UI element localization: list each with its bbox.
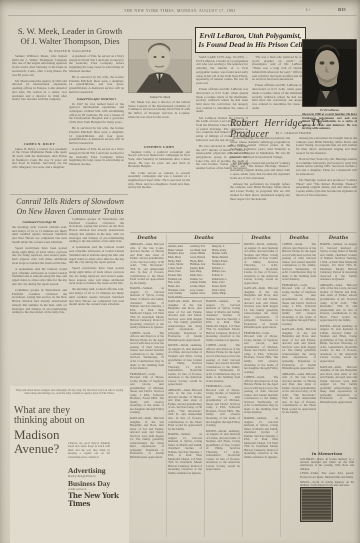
conrail-column-2: Commuter groups in Westchester and Fairf… — [69, 218, 124, 385]
herridge-column-1: Robert Herridge, the television producer… — [230, 137, 290, 230]
death-notice: ROSEN—David, suddenly, on August 15, dea… — [168, 344, 202, 386]
death-notice: BAKER—Samuel, on August 15, beloved husb… — [206, 300, 240, 342]
death-notices: ROSEN—David, suddenly, on August 15, dea… — [244, 243, 278, 537]
meek-byline: By WALTER H. WAGGONER — [12, 49, 128, 53]
herridge-paragraph: Mr. Herridge created and produced “Camer… — [296, 179, 357, 198]
lebaron-paragraph: SALT LAKE CITY, Aug. 16 (UPI) — Ervil Le… — [196, 56, 248, 86]
meek-headline: S. W. Meek, Leader in Growth Of J. Walte… — [12, 26, 128, 46]
death-notice: BAKER—Samuel, on August 15, beloved husb… — [168, 433, 202, 475]
death-notice: ROSEN—David, suddenly, on August 15, dea… — [320, 325, 357, 364]
deaths-column-3: BAKER—Samuel, on August 15, beloved husb… — [206, 300, 240, 537]
deaths-column-6: Deaths BAKER—Samuel, on August 15, belov… — [320, 236, 357, 447]
deaths-index-column: Margolis, T. Marks, Irving Mendel, Sadie… — [212, 245, 230, 296]
classified-ad-box — [300, 487, 333, 522]
herridge-paragraph: Robert Herridge, the television producer… — [230, 137, 290, 159]
death-notice: COHEN—Sarah. The officers and directors … — [282, 243, 316, 282]
meek-photo — [128, 39, 192, 93]
death-notice: BAKER—Samuel, on August 15, beloved husb… — [244, 417, 278, 459]
deaths-header: Deaths — [282, 236, 316, 241]
death-notice: FRIEDMAN—Celia. Devoted wife of Meyer, l… — [282, 284, 316, 326]
deaths-header: Deaths — [244, 236, 278, 241]
riley-paragraph: James N. Riley, a retired vice president… — [12, 148, 67, 170]
ad-note-text: They talk about ideas, budgets and campa… — [14, 389, 125, 396]
death-notice: BAKER—Samuel, on August 15, beloved husb… — [320, 243, 357, 282]
death-notice: KAPLAN—Ruth. Beloved daughter of the lat… — [130, 417, 164, 459]
conrail-continued-line: Continued From Page B1 — [12, 220, 67, 224]
deaths-index-column: Goldberg, Eva Goodman, Saul Green, Minni… — [190, 245, 208, 296]
ad-business-day-label: Business Day — [68, 479, 110, 488]
lebaron-headline-line2: Is Found Dead in His Prison Cell — [196, 40, 305, 49]
meek-headline-line1: S. W. Meek, Leader in Growth — [12, 26, 128, 36]
meek-column-1: Samuel Williston Meek, who helped build … — [12, 55, 67, 140]
herridge-paragraph: Born in New York City, Mr. Herridge stud… — [296, 158, 357, 177]
conrail-headline: Conrail Tells Riders of Slowdown On New … — [12, 197, 128, 216]
deaths-column-rule — [280, 234, 281, 537]
lebaron-paragraph: Prison officials said Mr. LeBaron was di… — [252, 84, 304, 110]
ad-advertising-subtext: Monday through Friday in — [68, 475, 95, 478]
death-notice: BAKER—Samuel, on August 15, beloved husb… — [130, 287, 164, 329]
deaths-header: Deaths — [130, 236, 164, 241]
meek-column-2-top: A graduate of Yale, he served as a Navy … — [69, 55, 124, 95]
meek-crosshead: Joined Firm After World War I — [69, 97, 124, 101]
conrail-headline-line2: On New Haven Commuter Trains — [12, 207, 128, 217]
death-notice: COHEN—Sarah. The officers and directors … — [130, 332, 164, 371]
conrail-paragraph: Commuter groups in Westchester and Fairf… — [69, 218, 124, 244]
ad-nyt-logo: The New York Times — [68, 492, 119, 507]
lebaron-paragraph: Prison officials said Mr. LeBaron was di… — [196, 88, 248, 114]
lebaron-photo — [302, 39, 357, 107]
deaths-column-rule — [204, 297, 205, 537]
meek-paragraph: He is survived by his wife, the former P… — [69, 76, 124, 95]
death-notice: ABRAMS—Anna. Beloved wife of the late Lo… — [168, 389, 202, 431]
death-notice: ABRAMS—Anna. Beloved wife of the late Lo… — [130, 243, 164, 285]
lebaron-photo-caption-name: Ervil LeBaron — [302, 108, 357, 112]
herridge-column-2: Among the performers he brought before t… — [296, 137, 357, 230]
death-notice: KAPLAN—Ruth. Beloved daughter of the lat… — [320, 366, 357, 405]
conrail-paragraph: Speed restrictions have been posted alon… — [12, 247, 67, 266]
death-notice: FRIEDMAN—Celia. Devoted wife of Meyer, l… — [244, 332, 278, 374]
conrail-paragraph: Commuter groups in Westchester and Fairf… — [12, 289, 67, 315]
ad-side-text: Chances are good they're thinking about … — [68, 442, 110, 459]
herridge-paragraph: Among the performers he brought before t… — [230, 183, 290, 202]
death-notice: FRIEDMAN—Celia. Devoted wife of Meyer, l… — [206, 385, 240, 427]
conrail-top-rule — [10, 194, 128, 195]
riley-name-heading: JAMES N. RILEY — [12, 142, 67, 146]
herridge-paragraph: Mr. Herridge created and produced “Camer… — [230, 162, 290, 181]
deaths-header: Deaths — [168, 236, 240, 241]
death-notice: FRIEDMAN—Celia. Devoted wife of Meyer, l… — [130, 373, 164, 415]
ad-headline-line2: thinking about on — [14, 416, 129, 427]
death-notices: ABRAMS—Anna. Beloved wife of the late Lo… — [130, 243, 164, 537]
conrail-headline-line1: Conrail Tells Riders of Slowdown — [12, 197, 128, 207]
death-notice: KAPLAN—Ruth. Beloved daughter of the lat… — [168, 300, 202, 342]
newspaper-page: THE NEW YORK TIMES, MONDAY, AUGUST 17, 1… — [0, 0, 360, 543]
masthead-page-number: B15 — [338, 7, 346, 12]
deaths-column-5: Deaths COHEN—Sarah. The officers and dir… — [282, 236, 316, 445]
lebaron-column-2: “He was a man who believed he was God's … — [252, 56, 304, 113]
meek-paragraph: A graduate of Yale, he served as a Navy … — [69, 148, 124, 167]
death-notice: ROSEN—David, suddenly, on August 15, dea… — [244, 243, 278, 285]
herridge-top-rule — [228, 115, 357, 116]
herridge-paragraph: Among the performers he brought before t… — [296, 137, 357, 156]
conrail-paragraph: Speed restrictions have been posted alon… — [69, 267, 124, 286]
conrail-paragraph: the morning rush, Conrail officials said… — [69, 288, 124, 307]
meek-column-2-bottom: In 1947 he was named head of the agency'… — [69, 103, 124, 189]
meek-paragraph: A graduate of Yale, he served as a Navy … — [69, 55, 124, 74]
deaths-column-rule — [318, 234, 319, 485]
masthead-rule — [8, 15, 357, 16]
cohn-paragraph: Mr. Cohn served as counsel to several As… — [128, 172, 190, 191]
death-notice: COHEN—Sarah. The officers and directors … — [244, 376, 278, 415]
death-notice: ABRAMS—Anna. Beloved wife of the late Lo… — [282, 373, 316, 415]
deaths-index-column: Abrams, Anna Baker, Samuel Bergman, Rose… — [168, 245, 186, 296]
death-notices: BAKER—Samuel, on August 15, beloved husb… — [320, 243, 357, 447]
lebaron-headline-box: Ervil LeBaron, Utah Polygamist, Is Found… — [195, 27, 306, 53]
cohn-name-heading: STEPHEN COHN — [128, 145, 190, 149]
deaths-header: Deaths — [320, 236, 357, 241]
riley-obit: JAMES N. RILEY James N. Riley, a retired… — [12, 140, 67, 192]
ad-advertising-label: Advertising — [68, 466, 106, 475]
meek-photo-caption: Samuel W. Meek — [128, 95, 192, 99]
meek-paragraph: He is survived by his wife, the former P… — [69, 127, 124, 146]
deaths-column-rule — [166, 234, 167, 537]
deaths-column-rule — [242, 234, 243, 537]
deaths-column-1: Deaths ABRAMS—Anna. Beloved wife of the … — [130, 236, 164, 537]
death-notice: KAPLAN—Ruth. Beloved daughter of the lat… — [244, 287, 278, 329]
deaths-top-rule — [130, 232, 357, 233]
death-notice: KAPLAN—Ruth. Beloved daughter of the lat… — [282, 328, 316, 370]
cohn-paragraph: Stephen Cohn, a political consultant and… — [128, 151, 190, 170]
in-memoriam-entry: LEVIN—Esther. Five years have passed. Fo… — [300, 472, 354, 479]
conrail-paragraph: A spokesman said the railroad would post… — [12, 268, 67, 287]
conrail-column-1: Continued From Page B1 the morning rush,… — [12, 220, 67, 384]
herridge-byline: By C. GERALD FRASER — [230, 131, 357, 135]
meek-paragraph: Samuel Williston Meek, who helped build … — [12, 55, 67, 77]
conrail-paragraph: A spokesman said the railroad would post… — [69, 246, 124, 265]
deaths-column-4: Deaths ROSEN—David, suddenly, on August … — [244, 236, 278, 537]
deaths-index: Deaths Abrams, Anna Baker, Samuel Bergma… — [168, 236, 240, 298]
meek-headline-line2: Of J. Walter Thompson, Dies — [12, 36, 128, 46]
in-memoriam-header: In Memoriam — [300, 451, 354, 456]
death-notice: COHEN—Sarah. The officers and directors … — [206, 344, 240, 383]
lebaron-headline-line1: Ervil LeBaron, Utah Polygamist, — [196, 31, 305, 40]
meek-column-3-text: Mr. Meek was also a director of the Unit… — [128, 101, 190, 143]
death-notices: COHEN—Sarah. The officers and directors … — [282, 243, 316, 445]
in-memoriam-entry: GOLDMAN—Harry. In loving memory of a dev… — [300, 458, 354, 471]
masthead-edition: L+ — [306, 8, 310, 12]
ad-headline-line3: Madison — [14, 428, 129, 442]
death-notice: ROSEN—David, suddenly, on August 15, dea… — [206, 430, 240, 472]
cohn-text: Stephen Cohn, a political consultant and… — [128, 151, 190, 227]
in-memoriam-section: In Memoriam GOLDMAN—Harry. In loving mem… — [300, 451, 354, 486]
death-notice: ABRAMS—Anna. Beloved wife of the late Lo… — [320, 284, 357, 323]
meek-paragraph: Mr. Meek was also a director of the Unit… — [128, 101, 190, 120]
deaths-column-2: KAPLAN—Ruth. Beloved daughter of the lat… — [168, 300, 202, 537]
meek-column-2: A graduate of Yale, he served as a Navy … — [69, 55, 124, 189]
in-memoriam-entries: GOLDMAN—Harry. In loving memory of a dev… — [300, 458, 354, 486]
madison-avenue-ad: They talk about ideas, budgets and campa… — [10, 386, 129, 543]
conrail-paragraph: the morning rush, Conrail officials said… — [12, 226, 67, 245]
meek-column-3: Mr. Meek was also a director of the Unit… — [128, 101, 190, 227]
in-memoriam-entry: SIEGEL—Jacob. In loving memory on his bi… — [300, 481, 354, 486]
deaths-index-column: Sachs, Mollie Schwartz, A. Segal, Bessie… — [168, 296, 184, 297]
meek-paragraph: Mr. Meek joined the agency in 1925 and d… — [12, 80, 67, 102]
lebaron-paragraph: “He was a man who believed he was God's … — [252, 56, 304, 82]
conrail-column-1-text: the morning rush, Conrail officials said… — [12, 226, 67, 384]
deaths-index-names: Abrams, Anna Baker, Samuel Bergman, Rose… — [168, 243, 240, 298]
riley-text: James N. Riley, a retired vice president… — [12, 148, 67, 192]
meek-paragraph: In 1947 he was named head of the agency'… — [69, 103, 124, 125]
